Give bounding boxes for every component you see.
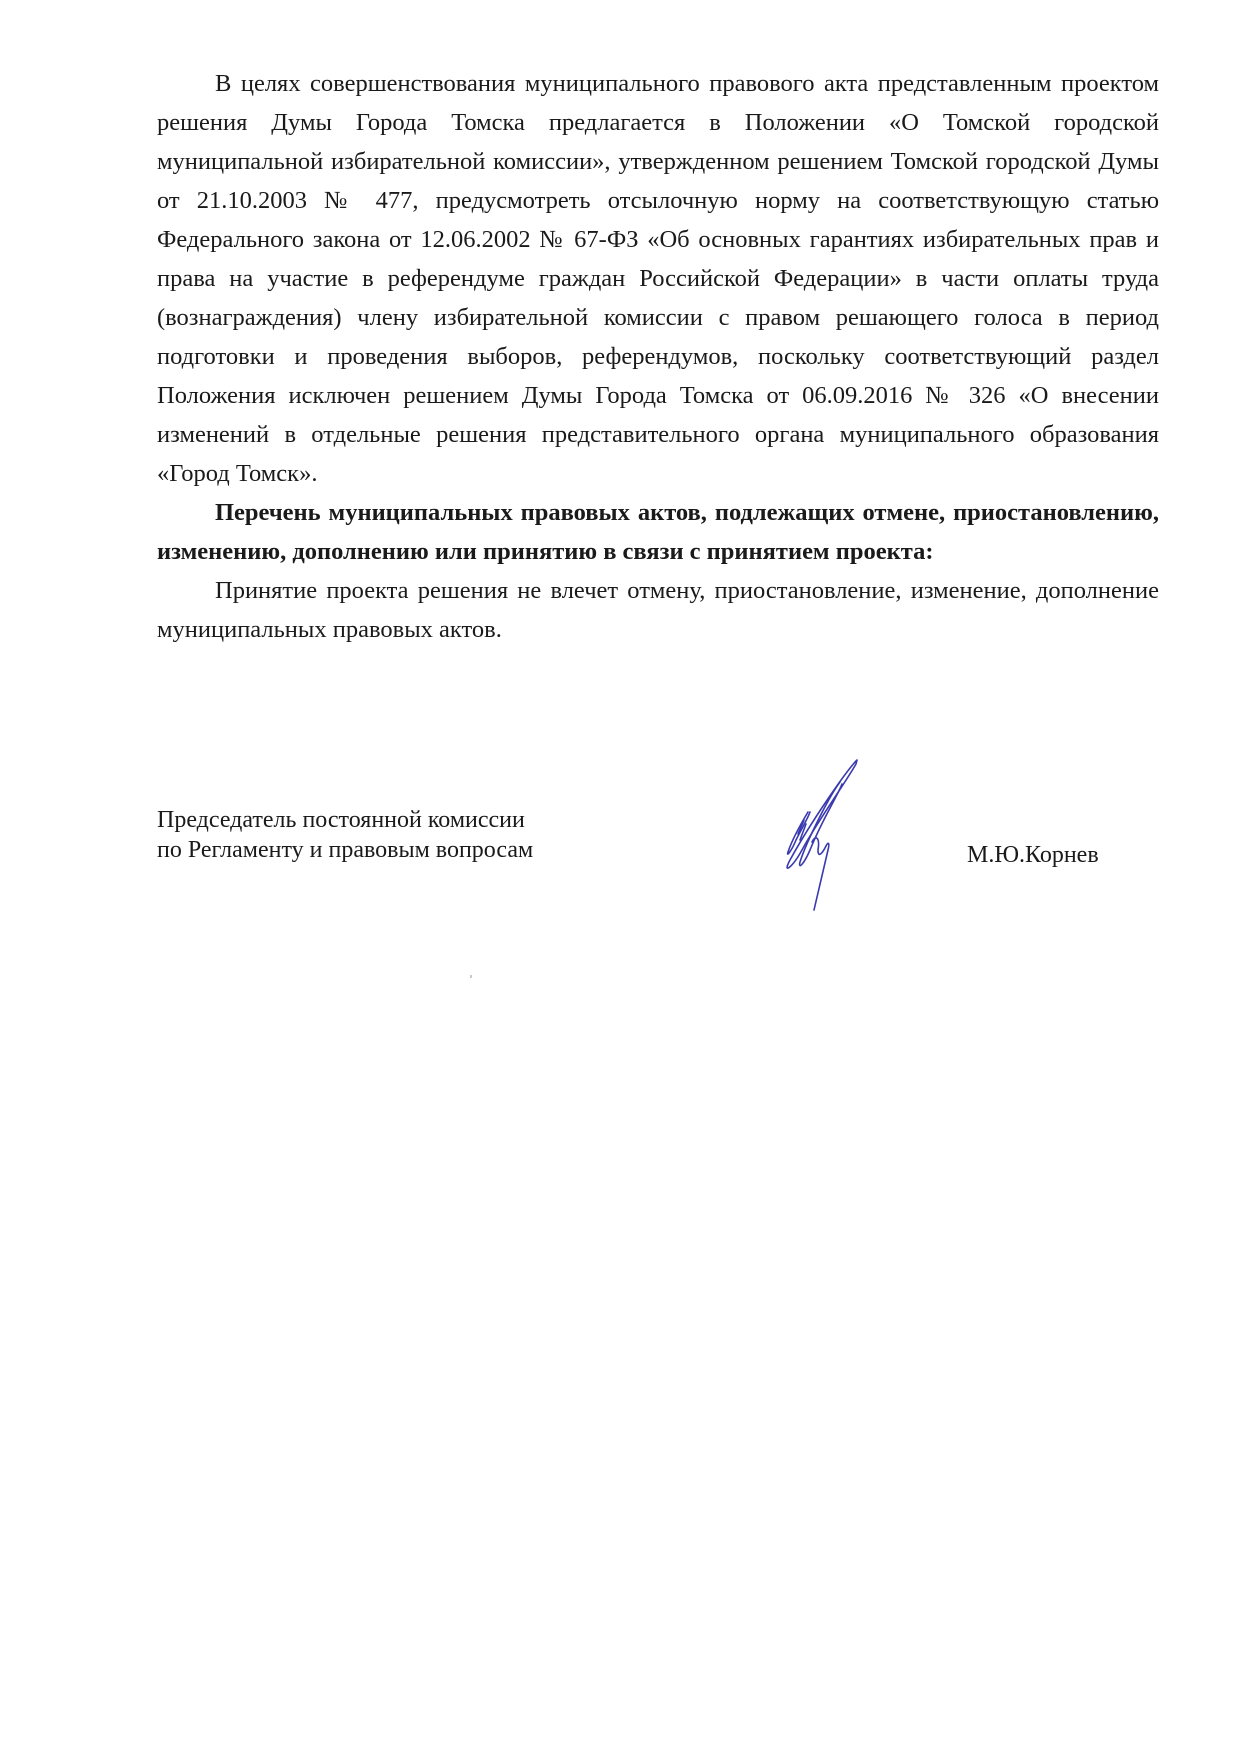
signer-title: Председатель постоянной комиссии по Регл… [157, 805, 533, 865]
document-page: В целях совершенствования муниципального… [0, 0, 1240, 1753]
document-body: В целях совершенствования муниципального… [157, 64, 1159, 649]
signer-title-line-2: по Регламенту и правовым вопросам [157, 835, 533, 865]
conclusion-paragraph: Принятие проекта решения не влечет отмен… [157, 571, 1159, 649]
intro-paragraph: В целях совершенствования муниципального… [157, 64, 1159, 493]
handwritten-signature-icon [752, 750, 892, 920]
signer-title-line-1: Председатель постоянной комиссии [157, 805, 533, 835]
scan-speck [470, 975, 472, 978]
signer-name: М.Ю.Корнев [967, 840, 1099, 870]
acts-list-heading: Перечень муниципальных правовых актов, п… [157, 493, 1159, 571]
signature-block: Председатель постоянной комиссии по Регл… [157, 805, 1159, 925]
